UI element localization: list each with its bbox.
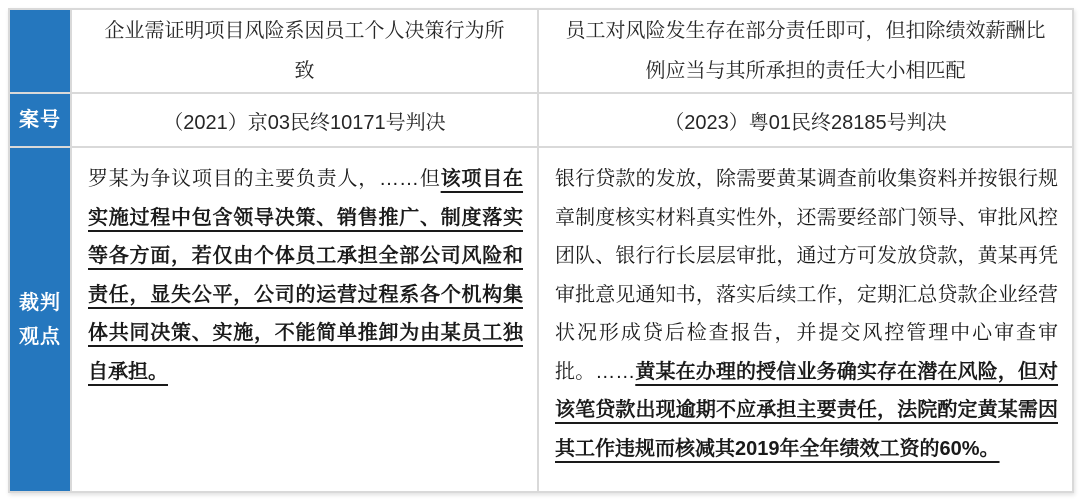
table-row-header: 企业需证明项目风险系因员工个人决策行为所致 员工对风险发生存在部分责任即可，但扣… (9, 9, 1073, 93)
case2-number-text: （2023）粤01民终28185号判决 (664, 112, 946, 134)
opinion-label-text: 裁判 观点 (19, 286, 61, 354)
table-row-judgment-opinion: 裁判 观点 罗某为争议项目的主要负责人，……但该项目在实施过程中包含领导决策、销… (9, 147, 1073, 492)
header-label-cell (9, 9, 71, 93)
header-case1-text: 企业需证明项目风险系因员工个人决策行为所致 (105, 20, 505, 82)
case-number-cell-case2: （2023）粤01民终28185号判决 (538, 93, 1073, 147)
opinion-case2-normal-text: 银行贷款的发放，除需要黄某调查前收集资料并按银行规章制度核实材料真实性外，还需要… (555, 168, 1058, 383)
opinion-case1-emphasized-text: 该项目在实施过程中包含领导决策、销售推广、制度落实等各方面，若仅由个体员工承担全… (88, 168, 523, 383)
header-case2-text: 员工对风险发生存在部分责任即可，但扣除绩效薪酬比例应当与其所承担的责任大小相匹配 (566, 20, 1046, 82)
opinion-cell-case2: 银行贷款的发放，除需要黄某调查前收集资料并按银行规章制度核实材料真实性外，还需要… (538, 147, 1073, 492)
judgment-comparison-table: 企业需证明项目风险系因员工个人决策行为所致 员工对风险发生存在部分责任即可，但扣… (8, 8, 1074, 493)
header-cell-case2: 员工对风险发生存在部分责任即可，但扣除绩效薪酬比例应当与其所承担的责任大小相匹配 (538, 9, 1073, 93)
case1-number-text: （2021）京03民终10171号判决 (163, 112, 445, 134)
opinion-label-cell: 裁判 观点 (9, 147, 71, 492)
case-number-label-text: 案号 (19, 103, 61, 137)
opinion-cell-case1: 罗某为争议项目的主要负责人，……但该项目在实施过程中包含领导决策、销售推广、制度… (71, 147, 538, 492)
header-cell-case1: 企业需证明项目风险系因员工个人决策行为所致 (71, 9, 538, 93)
page: 企业需证明项目风险系因员工个人决策行为所致 员工对风险发生存在部分责任即可，但扣… (0, 0, 1080, 501)
opinion-case1-normal-text: 罗某为争议项目的主要负责人，……但 (88, 168, 441, 190)
table-row-case-number: 案号 （2021）京03民终10171号判决 （2023）粤01民终28185号… (9, 93, 1073, 147)
case-number-label-cell: 案号 (9, 93, 71, 147)
case-number-cell-case1: （2021）京03民终10171号判决 (71, 93, 538, 147)
